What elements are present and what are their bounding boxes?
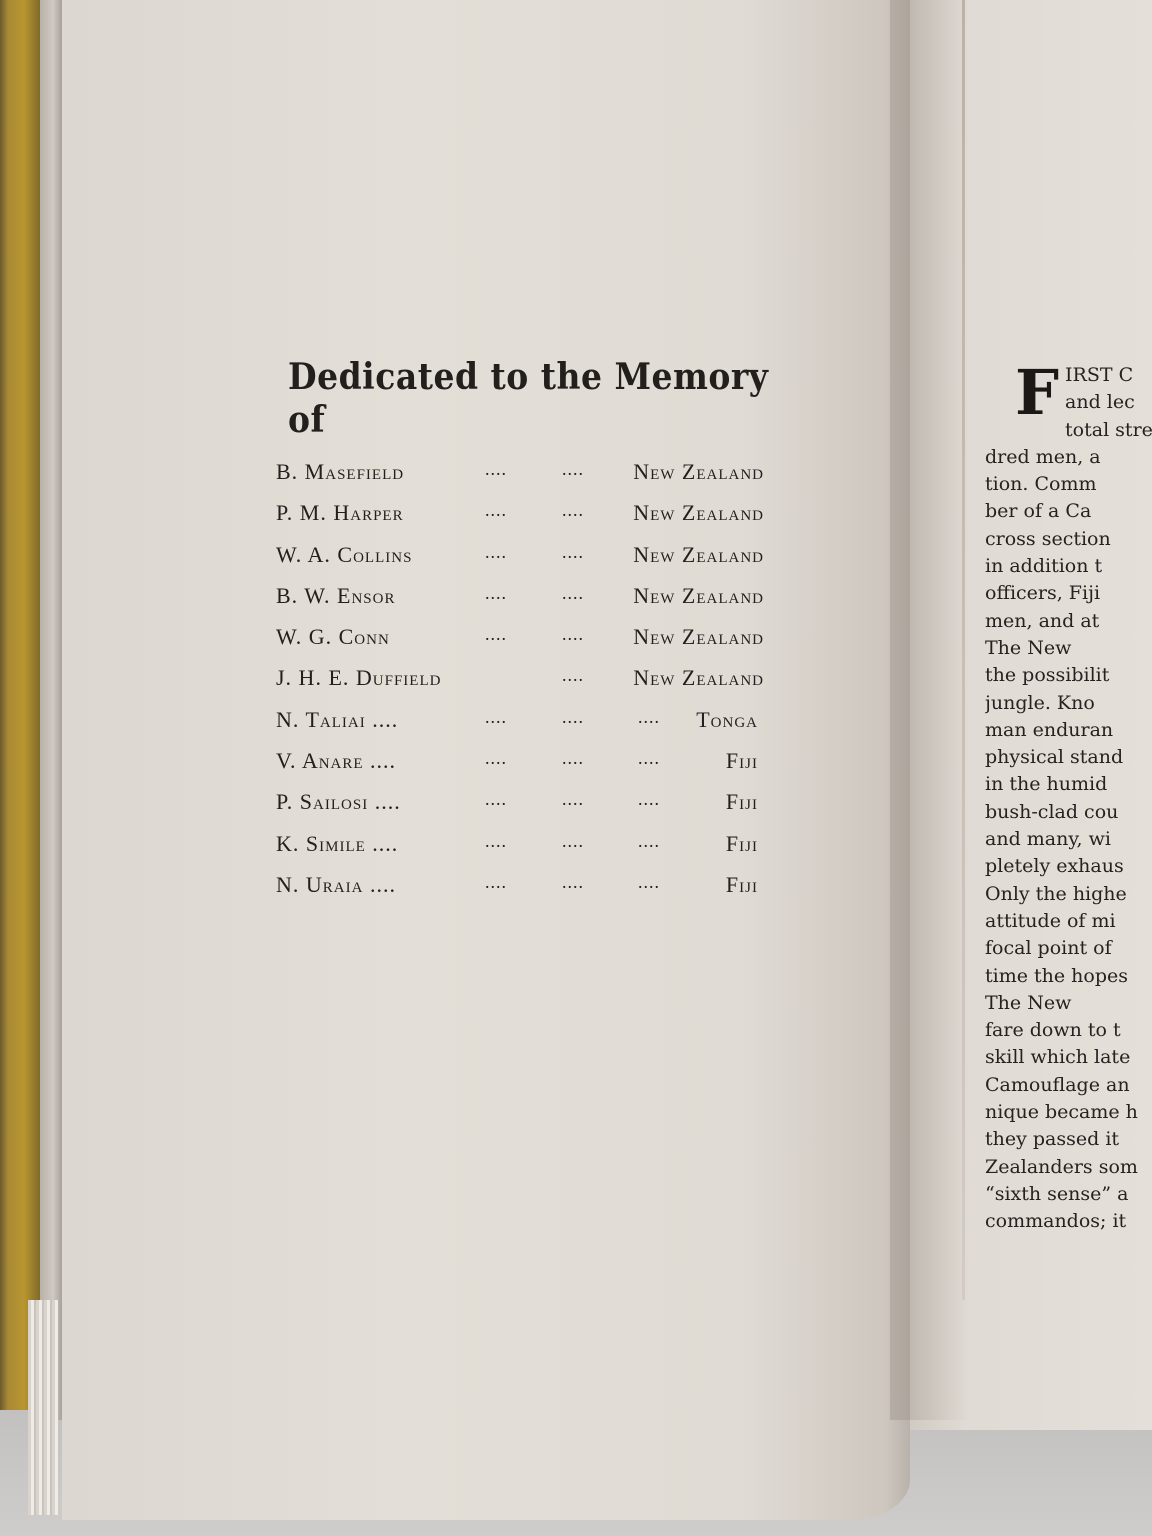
- leader-dots: ....: [562, 583, 584, 604]
- leader-dots: ....: [638, 748, 660, 769]
- leader-dots: ....: [485, 500, 507, 521]
- text-line: men, and at: [985, 608, 1152, 635]
- text-line: they passed it: [985, 1126, 1152, 1153]
- country-label: Fiji: [726, 789, 758, 815]
- paragraph-lines: and lectotal strengtdred men, ation. Com…: [985, 389, 1152, 1235]
- memorial-entry: B. W. Ensor........New Zealand: [270, 583, 790, 624]
- text-line: total strengt: [985, 417, 1152, 444]
- memorial-entry: B. Masefield........New Zealand: [270, 459, 790, 500]
- soldier-name: W. G. Conn: [276, 624, 390, 650]
- page-stack-edge: [28, 1300, 58, 1515]
- text-line: physical stand: [985, 744, 1152, 771]
- soldier-name: P. Sailosi ....: [276, 789, 401, 815]
- leader-dots: ....: [638, 831, 660, 852]
- text-line: Only the highe: [985, 881, 1152, 908]
- gutter-shadow: [890, 0, 970, 1420]
- country-label: Tonga: [696, 707, 758, 733]
- text-line: skill which late: [985, 1044, 1152, 1071]
- text-line: IRST C: [985, 362, 1152, 389]
- leader-dots: ....: [485, 583, 507, 604]
- text-line: cross section: [985, 526, 1152, 553]
- memorial-entry: V. Anare ................Fiji: [270, 748, 790, 789]
- leader-dots: ....: [562, 459, 584, 480]
- country-label: New Zealand: [633, 459, 764, 485]
- text-line: commandos; it: [985, 1208, 1152, 1235]
- country-label: Fiji: [726, 831, 758, 857]
- text-line: attitude of mi: [985, 908, 1152, 935]
- text-line: fare down to t: [985, 1017, 1152, 1044]
- memorial-entry: N. Uraia ................Fiji: [270, 872, 790, 913]
- leader-dots: ....: [562, 665, 584, 686]
- text-line: pletely exhaus: [985, 853, 1152, 880]
- memorial-entry: W. A. Collins........New Zealand: [270, 542, 790, 583]
- country-label: New Zealand: [633, 583, 764, 609]
- text-line: jungle. Kno: [985, 690, 1152, 717]
- soldier-name: K. Simile ....: [276, 831, 398, 857]
- soldier-name: B. W. Ensor: [276, 583, 395, 609]
- leader-dots: ....: [638, 789, 660, 810]
- text-line: the possibilit: [985, 662, 1152, 689]
- leader-dots: ....: [562, 789, 584, 810]
- leader-dots: ....: [562, 872, 584, 893]
- leader-dots: ....: [485, 872, 507, 893]
- endpaper-edge: [40, 0, 62, 1420]
- text-line: officers, Fiji: [985, 580, 1152, 607]
- text-line: man enduran: [985, 717, 1152, 744]
- drop-cap: F: [1015, 368, 1059, 418]
- leader-dots: ....: [562, 707, 584, 728]
- leader-dots: ....: [562, 748, 584, 769]
- country-label: New Zealand: [633, 542, 764, 568]
- country-label: New Zealand: [633, 500, 764, 526]
- soldier-name: J. H. E. Duffield: [276, 665, 441, 691]
- text-line: Camouflage an: [985, 1072, 1152, 1099]
- text-line: and many, wi: [985, 826, 1152, 853]
- leader-dots: ....: [485, 707, 507, 728]
- memorial-entry: W. G. Conn........New Zealand: [270, 624, 790, 665]
- text-line: tion. Comm: [985, 471, 1152, 498]
- soldier-name: N. Taliai ....: [276, 707, 398, 733]
- memorial-entry: K. Simile ................Fiji: [270, 831, 790, 872]
- leader-dots: ....: [562, 500, 584, 521]
- leader-dots: ....: [562, 624, 584, 645]
- text-line: in addition t: [985, 553, 1152, 580]
- memorial-entry: J. H. E. Duffield....New Zealand: [270, 665, 790, 706]
- dedication-title: Dedicated to the Memory of: [288, 355, 790, 441]
- leader-dots: ....: [485, 748, 507, 769]
- leader-dots: ....: [485, 831, 507, 852]
- memorial-entry: N. Taliai ................Tonga: [270, 707, 790, 748]
- leader-dots: ....: [485, 459, 507, 480]
- leader-dots: ....: [562, 542, 584, 563]
- text-line: and lec: [985, 389, 1152, 416]
- text-line: nique became h: [985, 1099, 1152, 1126]
- soldier-name: B. Masefield: [276, 459, 404, 485]
- dedication-block: Dedicated to the Memory of B. Masefield.…: [270, 355, 790, 913]
- leader-dots: ....: [638, 872, 660, 893]
- soldier-name: W. A. Collins: [276, 542, 412, 568]
- text-line: in the humid: [985, 771, 1152, 798]
- text-line: bush-clad cou: [985, 799, 1152, 826]
- memorial-entry: P. Sailosi ................Fiji: [270, 789, 790, 830]
- right-page-text: F IRST C and lectotal strengtdred men, a…: [985, 362, 1152, 1236]
- leader-dots: ....: [485, 542, 507, 563]
- leader-dots: ....: [485, 624, 507, 645]
- soldier-name: V. Anare ....: [276, 748, 396, 774]
- soldier-name: N. Uraia ....: [276, 872, 396, 898]
- country-label: New Zealand: [633, 624, 764, 650]
- text-line: dred men, a: [985, 444, 1152, 471]
- memorial-entry: P. M. Harper........New Zealand: [270, 500, 790, 541]
- soldier-name: P. M. Harper: [276, 500, 404, 526]
- text-line: The New: [985, 635, 1152, 662]
- text-line: ber of a Ca: [985, 498, 1152, 525]
- text-line: time the hopes: [985, 963, 1152, 990]
- text-line: The New: [985, 990, 1152, 1017]
- text-line: “sixth sense” a: [985, 1181, 1152, 1208]
- text-line: Zealanders som: [985, 1154, 1152, 1181]
- text-line: focal point of: [985, 935, 1152, 962]
- leader-dots: ....: [485, 789, 507, 810]
- book-cover-edge: [0, 0, 40, 1410]
- leader-dots: ....: [562, 831, 584, 852]
- memorial-list: B. Masefield........New ZealandP. M. Har…: [270, 459, 790, 913]
- country-label: Fiji: [726, 872, 758, 898]
- country-label: Fiji: [726, 748, 758, 774]
- leader-dots: ....: [638, 707, 660, 728]
- country-label: New Zealand: [633, 665, 764, 691]
